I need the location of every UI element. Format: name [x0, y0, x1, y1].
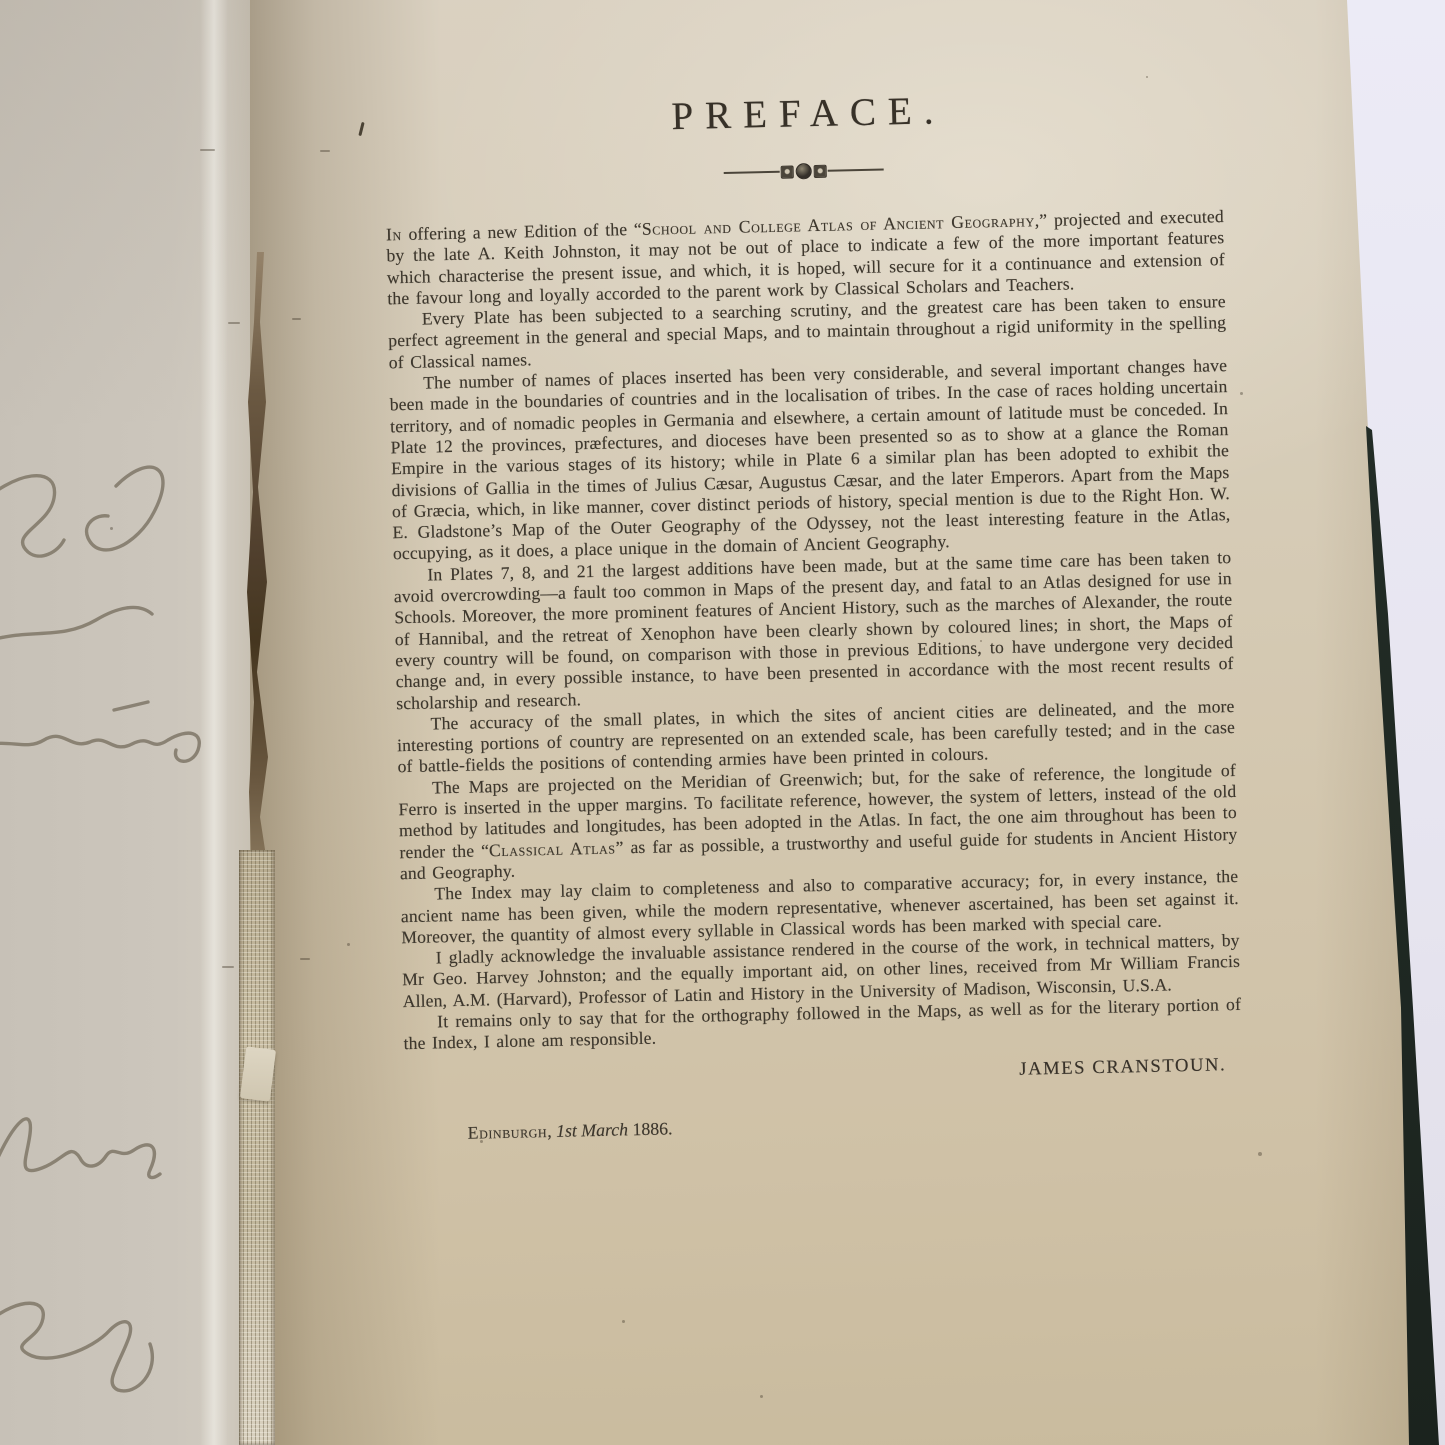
bleed-mark	[300, 958, 310, 960]
foxing-speck	[1240, 392, 1243, 395]
handwriting-fragment-5	[0, 1303, 152, 1391]
handwriting-fragment-4	[0, 1119, 160, 1182]
ornament-rule-right	[828, 168, 884, 171]
foxing-speck	[347, 943, 350, 946]
binding-tape-scrap	[240, 1046, 276, 1101]
preface-paragraph-3: The number of names of places inserted h…	[389, 355, 1231, 565]
preface-content: PREFACE. In offering a new Edition of th…	[383, 82, 1244, 1145]
bleed-mark	[228, 322, 240, 324]
foxing-speck	[480, 1140, 483, 1143]
book-photo: PREFACE. In offering a new Edition of th…	[0, 0, 1445, 1445]
foxing-speck	[980, 640, 982, 642]
bleed-mark	[200, 149, 215, 151]
bleed-mark	[292, 318, 301, 320]
lead-in-word: In	[386, 224, 402, 244]
bleed-mark	[222, 966, 234, 968]
ornament-rosette-left	[781, 165, 794, 178]
preface-paragraph-6: The Maps are projected on the Meridian o…	[398, 760, 1238, 885]
dateline-place: Edinburgh	[467, 1121, 547, 1143]
dateline-year: 1886.	[628, 1118, 673, 1139]
handwriting-fragment-1	[0, 467, 163, 556]
ornament-rosette-right	[814, 164, 827, 177]
handwriting-fragment-2	[0, 607, 152, 644]
classical-atlas-smallcaps: Classical Atlas	[489, 837, 616, 860]
ornament-ball-center	[796, 163, 812, 179]
foxing-speck	[1146, 76, 1148, 78]
author-signature: JAMES CRANSTOUN.	[404, 1053, 1242, 1093]
ornament-rule-left	[724, 171, 780, 174]
binding-mesh	[239, 850, 275, 1445]
divider-ornament-icon	[724, 161, 884, 180]
foxing-speck	[760, 1395, 763, 1398]
dateline-date: 1st March	[556, 1119, 628, 1141]
foxing-speck	[622, 1320, 625, 1323]
foxing-speck	[110, 527, 113, 530]
bleed-mark	[320, 150, 330, 152]
handwriting-fragment-3	[0, 702, 199, 761]
foxing-speck	[1258, 1152, 1262, 1156]
preface-paragraph-4: In Plates 7, 8, and 21 the largest addit…	[393, 547, 1234, 714]
preface-body: In offering a new Edition of the “School…	[386, 206, 1242, 1055]
